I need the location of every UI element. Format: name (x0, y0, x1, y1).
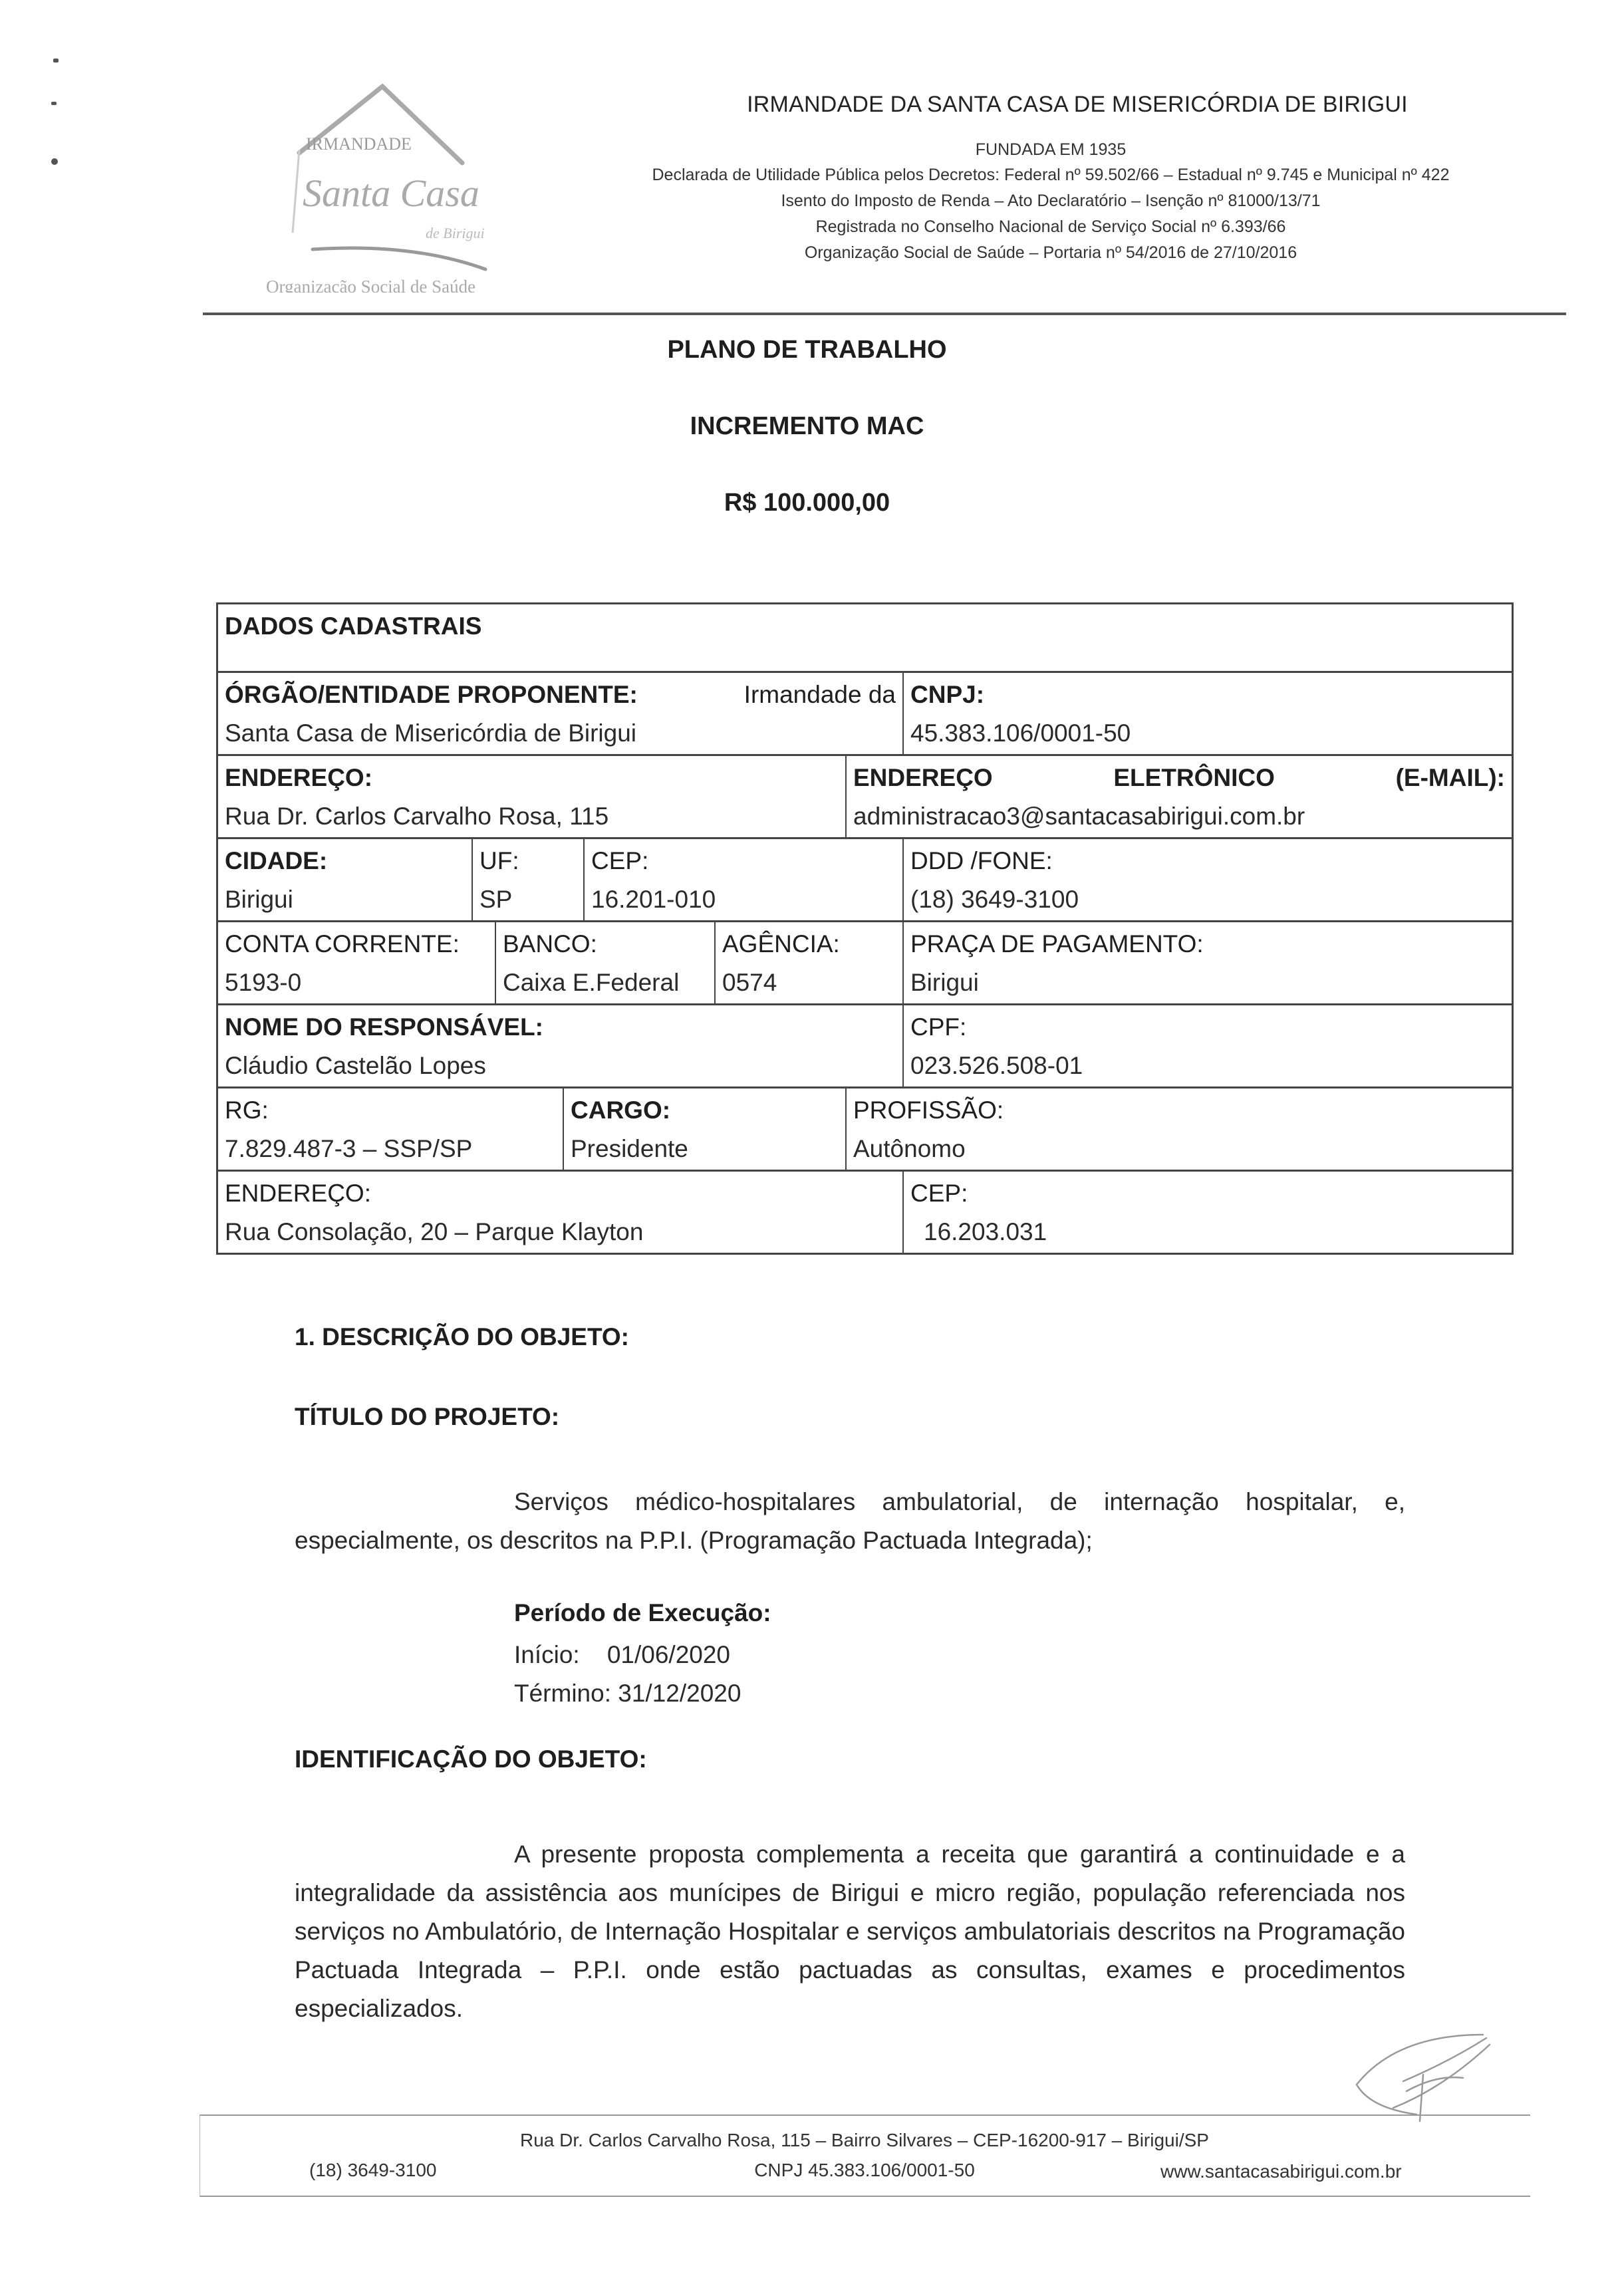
project-title-body: Serviços médico-hospitalares ambulatoria… (295, 1488, 1405, 1554)
responsible-label: NOME DO RESPONSÁVEL: (225, 1008, 896, 1047)
table-row: DADOS CADASTRAIS (218, 604, 1512, 673)
letterhead-line: Registrada no Conselho Nacional de Servi… (545, 214, 1556, 240)
account-cell: CONTA CORRENTE: 5193-0 (218, 922, 496, 1003)
cnpj-cell: CNPJ: 45.383.106/0001-50 (904, 673, 1512, 754)
registration-table: DADOS CADASTRAIS ÓRGÃO/ENTIDADE PROPONEN… (216, 602, 1514, 1255)
address-cell: ENDEREÇO: Rua Dr. Carlos Carvalho Rosa, … (218, 756, 847, 837)
table-row: RG: 7.829.487-3 – SSP/SP CARGO: Presiden… (218, 1088, 1512, 1172)
phone-value: (18) 3649-3100 (910, 880, 1505, 919)
table-row: ENDEREÇO: Rua Consolação, 20 – Parque Kl… (218, 1172, 1512, 1255)
organization-logo: IRMANDADE Santa Casa de Birigui Organiza… (266, 80, 545, 293)
phone-label: DDD /FONE: (910, 842, 1505, 880)
table-row: NOME DO RESPONSÁVEL: Cláudio Castelão Lo… (218, 1005, 1512, 1088)
role-cell: CARGO: Presidente (564, 1088, 847, 1170)
execution-period-label: Período de Execução: (514, 1599, 771, 1627)
footer-phone: (18) 3649-3100 (309, 2160, 436, 2181)
state-value: SP (479, 880, 577, 919)
city-cell: CIDADE: Birigui (218, 839, 473, 920)
profession-label: PROFISSÃO: (853, 1091, 1505, 1130)
cpf-value: 023.526.508-01 (910, 1047, 1505, 1085)
agency-label: AGÊNCIA: (722, 925, 896, 963)
cpf-label: CPF: (910, 1008, 1505, 1047)
svg-text:Organização Social de Saúde: Organização Social de Saúde (266, 277, 475, 293)
zip-cell: CEP: 16.201-010 (585, 839, 904, 920)
table-header: DADOS CADASTRAIS (218, 604, 1512, 671)
responsible-address-label: ENDEREÇO: (225, 1174, 896, 1213)
city-value: Birigui (225, 880, 465, 919)
rg-value: 7.829.487-3 – SSP/SP (225, 1130, 556, 1168)
responsible-cell: NOME DO RESPONSÁVEL: Cláudio Castelão Lo… (218, 1005, 904, 1086)
email-value: administracao3@santacasabirigui.com.br (853, 797, 1505, 836)
phone-cell: DDD /FONE: (18) 3649-3100 (904, 839, 1512, 920)
footer-cnpj: CNPJ 45.383.106/0001-50 (678, 2160, 1051, 2181)
svg-text:de Birigui: de Birigui (426, 225, 485, 241)
bank-cell: BANCO: Caixa E.Federal (496, 922, 716, 1003)
table-row: ENDEREÇO: Rua Dr. Carlos Carvalho Rosa, … (218, 756, 1512, 839)
rg-cell: RG: 7.829.487-3 – SSP/SP (218, 1088, 564, 1170)
agency-value: 0574 (722, 963, 896, 1002)
document-amount: R$ 100.000,00 (0, 489, 1614, 517)
responsible-address-cell: ENDEREÇO: Rua Consolação, 20 – Parque Kl… (218, 1172, 904, 1253)
section-heading: 1. DESCRIÇÃO DO OBJETO: (295, 1323, 629, 1351)
house-roof-logo-icon: IRMANDADE Santa Casa de Birigui Organiza… (266, 80, 545, 293)
object-identification-label: IDENTIFICAÇÃO DO OBJETO: (295, 1745, 647, 1773)
zip-value: 16.201-010 (591, 880, 896, 919)
footer-website-link[interactable]: www.santacasabirigui.com.br (1160, 2161, 1402, 2182)
letterhead-line: Declarada de Utilidade Pública pelos Dec… (545, 162, 1556, 188)
zip-label: CEP: (591, 842, 896, 880)
footer-address: Rua Dr. Carlos Carvalho Rosa, 115 – Bair… (200, 2130, 1530, 2151)
letterhead-line: Organização Social de Saúde – Portaria n… (545, 240, 1556, 266)
start-date: Início: 01/06/2020 (514, 1636, 730, 1674)
project-title-label: TÍTULO DO PROJETO: (295, 1403, 559, 1431)
object-identification-text: A presente proposta complementa a receit… (295, 1835, 1405, 2028)
city-label: CIDADE: (225, 842, 465, 880)
address-label: ENDEREÇO: (225, 759, 839, 797)
founded-line: FUNDADA EM 1935 (545, 137, 1556, 163)
state-cell: UF: SP (473, 839, 585, 920)
table-row: CONTA CORRENTE: 5193-0 BANCO: Caixa E.Fe… (218, 922, 1512, 1005)
account-label: CONTA CORRENTE: (225, 925, 488, 963)
agency-cell: AGÊNCIA: 0574 (716, 922, 904, 1003)
email-label-part2: ELETRÔNICO (1113, 759, 1275, 797)
responsible-value: Cláudio Castelão Lopes (225, 1047, 896, 1085)
responsible-zip-cell: CEP: 16.203.031 (904, 1172, 1512, 1253)
end-date: Término: 31/12/2020 (514, 1674, 741, 1713)
table-row: ÓRGÃO/ENTIDADE PROPONENTE:Irmandade da S… (218, 673, 1512, 756)
header-divider (203, 313, 1566, 315)
responsible-address-value: Rua Consolação, 20 – Parque Klayton (225, 1213, 896, 1251)
document-title: PLANO DE TRABALHO (0, 336, 1614, 364)
payment-place-label: PRAÇA DE PAGAMENTO: (910, 925, 1505, 963)
proponent-label: ÓRGÃO/ENTIDADE PROPONENTE: (225, 676, 638, 714)
project-title-text: Serviços médico-hospitalares ambulatoria… (295, 1483, 1405, 1560)
svg-text:Santa Casa: Santa Casa (303, 172, 479, 215)
profession-value: Autônomo (853, 1130, 1505, 1168)
signature-scribble-icon (1343, 2008, 1496, 2128)
payment-place-cell: PRAÇA DE PAGAMENTO: Birigui (904, 922, 1512, 1003)
table-row: CIDADE: Birigui UF: SP CEP: 16.201-010 D… (218, 839, 1512, 922)
responsible-zip-value: 16.203.031 (910, 1213, 1505, 1251)
email-label-part1: ENDEREÇO (853, 759, 993, 797)
organization-name: IRMANDADE DA SANTA CASA DE MISERICÓRDIA … (692, 92, 1463, 118)
scan-mark (51, 102, 57, 105)
role-value: Presidente (571, 1130, 839, 1168)
scan-mark (53, 59, 59, 63)
profession-cell: PROFISSÃO: Autônomo (847, 1088, 1512, 1170)
document-subtitle: INCREMENTO MAC (0, 412, 1614, 441)
proponent-value-part2: Santa Casa de Misericórdia de Birigui (225, 714, 896, 753)
cnpj-value: 45.383.106/0001-50 (910, 714, 1505, 753)
object-identification-body: A presente proposta complementa a receit… (295, 1841, 1405, 2022)
email-cell: ENDEREÇOELETRÔNICO(E-MAIL): administraca… (847, 756, 1512, 837)
letterhead-line: Isento do Imposto de Renda – Ato Declara… (545, 188, 1556, 214)
email-label-part3: (E-MAIL): (1396, 759, 1505, 797)
role-label: CARGO: (571, 1091, 839, 1130)
payment-place-value: Birigui (910, 963, 1505, 1002)
signature (1343, 2008, 1496, 2128)
proponent-cell: ÓRGÃO/ENTIDADE PROPONENTE:Irmandade da S… (218, 673, 904, 754)
address-value: Rua Dr. Carlos Carvalho Rosa, 115 (225, 797, 839, 836)
svg-text:IRMANDADE: IRMANDADE (306, 134, 412, 154)
scan-mark (51, 158, 58, 165)
responsible-zip-label: CEP: (910, 1174, 1505, 1213)
footer-frame (200, 2114, 1530, 2197)
cpf-cell: CPF: 023.526.508-01 (904, 1005, 1512, 1086)
cnpj-label: CNPJ: (910, 676, 1505, 714)
bank-label: BANCO: (503, 925, 708, 963)
bank-value: Caixa E.Federal (503, 963, 708, 1002)
proponent-value-part1: Irmandade da (744, 676, 896, 714)
state-label: UF: (479, 842, 577, 880)
account-value: 5193-0 (225, 963, 488, 1002)
rg-label: RG: (225, 1091, 556, 1130)
